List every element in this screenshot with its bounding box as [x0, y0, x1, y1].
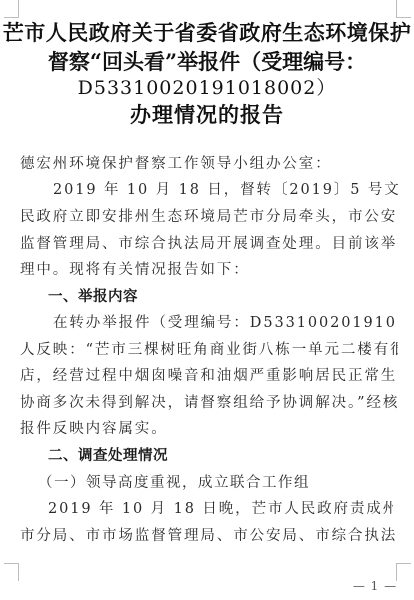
corner-mark-top-left — [4, 0, 19, 18]
body-line: 监督管理局、市综合执法局开展调查处理。目前该举报件正在办 — [20, 234, 398, 254]
title-line-4: 办理情况的报告 — [0, 101, 414, 128]
body-line: 2019 年 10 月 18 日，督转〔2019〕5 号文件收悉后，芒市人 — [53, 180, 398, 200]
body-line: 2019 年 10 月 18 日晚，芒市人民政府责成州生态环境局芒 — [48, 499, 393, 519]
corner-mark-top-right — [396, 0, 411, 18]
body-line: 理中。现将有关情况报告如下： — [20, 260, 398, 280]
section-heading-2: 二、调查处理情况 — [48, 446, 393, 466]
body-line: 市分局、市市场监督管理局、市公安局、市综合执法局组成联合 — [20, 526, 398, 546]
body-line: 人反映：“芒市三棵树旺角商业街八栋一单元二楼有很多家餐饮 — [20, 340, 398, 360]
title-line-2: 督察“回头看”举报件（受理编号： — [0, 48, 414, 75]
body-line: 在转办举报件（受理编号：D53310020191018002）中，来电 — [53, 313, 398, 333]
addressee: 德宏州环境保护督察工作领导小组办公室： — [20, 154, 398, 174]
corner-mark-bottom-left — [4, 563, 19, 581]
title-line-3: D53310020191018002） — [0, 75, 414, 102]
body-line: 报件反映内容属实。 — [20, 419, 398, 439]
body-line: 协商多次未得到解决，请督察组给予协调解决。”经核查，该举 — [20, 393, 398, 413]
body-line: 民政府立即安排州生态环境局芒市分局牵头，市公安局、市市场 — [20, 207, 398, 227]
subsection-heading: （一）领导高度重视，成立联合工作组 — [38, 473, 414, 493]
page-number: — 1 — — [350, 579, 400, 593]
section-heading-1: 一、举报内容 — [48, 287, 393, 307]
title-line-1: 芒市人民政府关于省委省政府生态环境保护 — [0, 19, 414, 46]
body-line: 店，经营过程中烟囱噪音和油烟严重影响居民正常生活，与物管 — [20, 366, 398, 386]
